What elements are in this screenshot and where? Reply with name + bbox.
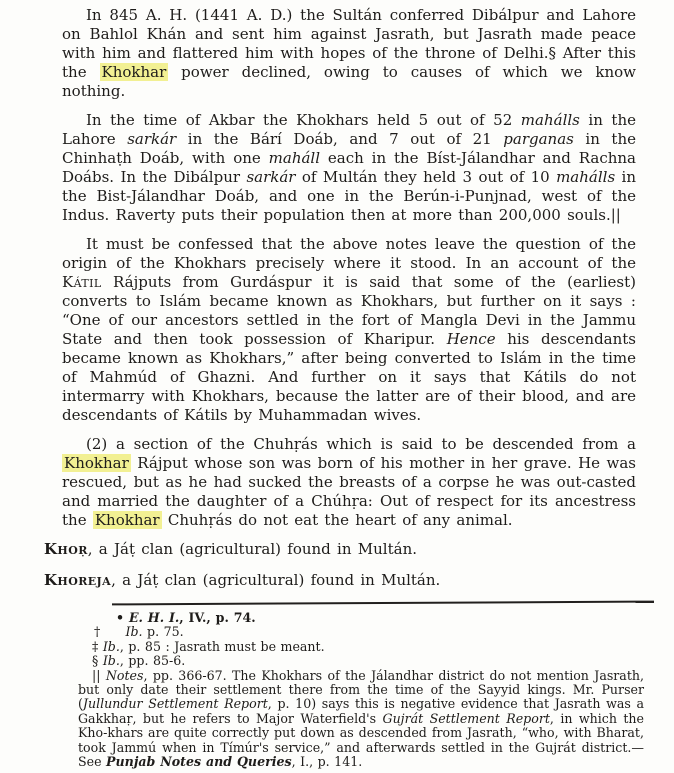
text-run: Ib. [125,624,142,639]
main-text-block: In 845 A. H. (1441 A. D.) the Sultán con… [0,0,674,590]
text-run: , IV., p. 74. [179,610,255,625]
text-run: Hence [447,330,496,348]
footnotes-block: • E. H. I., IV., p. 74. † Ib. p. 75. ‡ I… [0,604,674,769]
text-run: Jullundur Settlement Report [83,696,268,711]
text-run: , pp. 85-6. [120,653,185,668]
text-run: in the Bárí Doáb, and 7 out of 21 [176,130,503,148]
text-run: It must be confessed that the above note… [62,235,636,272]
text-run: Kátil [62,273,102,291]
text-run: , a Jáṭ clan (agricultural) found in Mul… [88,540,417,558]
text-run: Notes [106,668,144,683]
text-run: , I., p. 141. [292,754,363,769]
text-run: (2) a section of the Chuhṛás which is sa… [86,435,636,453]
text-run: , a Jáṭ clan (agricultural) found in Mul… [111,571,440,589]
highlighted-term: Khokhar [93,511,162,529]
highlighted-term: Khokhar [62,454,131,472]
scanned-book-page: In 845 A. H. (1441 A. D.) the Sultán con… [0,0,674,773]
text-run: Gujrát Settlement Report [383,711,550,726]
text-run: In the time of Akbar the Khokhars held 5… [86,111,521,129]
text-run: mahálls [521,111,580,129]
paragraph-akbar-mahalls: In the time of Akbar the Khokhars held 5… [62,111,636,225]
paragraph-sultan-1441: In 845 A. H. (1441 A. D.) the Sultán con… [62,6,636,101]
highlighted-term: Khokhar [100,63,169,81]
text-run: • [116,610,129,625]
text-run: ‡ [92,639,103,654]
paragraph-chuhras-section: (2) a section of the Chuhṛás which is sa… [62,435,636,530]
text-run [100,624,125,639]
text-run: E. H. I. [129,610,179,625]
glossary-entry-khor: Khoṛ, a Jáṭ clan (agricultural) found in… [44,540,636,559]
text-run: mahálls [556,168,615,186]
footnote-parallels: || Notes, pp. 366-67. The Khokhars of th… [78,669,644,770]
text-run: , p. 85 : Jasrath must be meant. [120,639,325,654]
text-run: sarkár [246,168,295,186]
text-run: Khoreja [44,571,111,589]
text-run: of Multán they held 3 out of 10 [295,168,556,186]
text-run: || [92,668,106,683]
text-run: parganas [503,130,574,148]
paragraph-khokhar-origin: It must be confessed that the above note… [62,235,636,425]
footnote-section-mark: § Ib., pp. 85-6. [78,654,644,668]
text-run: maháll [269,149,320,167]
footnote-asterisk: • E. H. I., IV., p. 74. [78,611,644,625]
text-run: Ib. [103,653,120,668]
text-run: Chuhṛás do not eat the heart of any anim… [162,511,513,529]
text-run: Punjab Notes and Queries [106,754,292,769]
glossary-entry-khoreja: Khoreja, a Jáṭ clan (agricultural) found… [44,571,636,590]
text-run: p. 75. [143,624,184,639]
footnote-double-dagger: ‡ Ib., p. 85 : Jasrath must be meant. [78,640,644,654]
text-run: § [92,653,103,668]
footnote-dagger: † Ib. p. 75. [78,625,644,639]
text-run: Khoṛ [44,540,88,558]
text-run: sarkár [127,130,176,148]
text-run: Ib. [103,639,120,654]
